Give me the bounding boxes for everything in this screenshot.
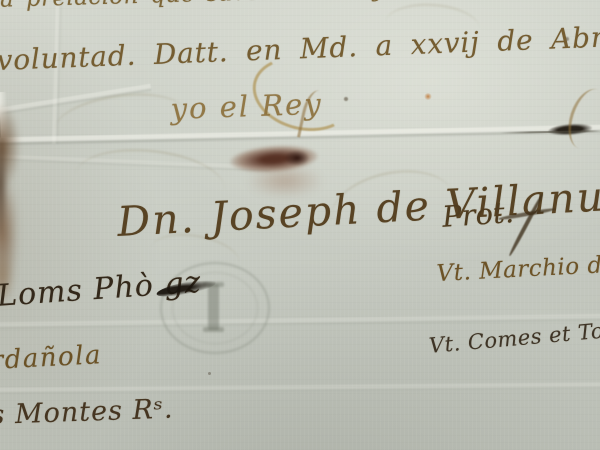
royal-rubric-flourish	[297, 88, 332, 142]
paper-edge-sliver	[0, 92, 9, 138]
ink-speck	[565, 37, 569, 41]
left-edge-stain	[0, 252, 14, 306]
left-councillor-signature: Loms Phò gz	[0, 265, 202, 314]
secretary-signature: Dn. Joseph de Villanua	[116, 171, 600, 246]
left-signature-rubric	[155, 277, 216, 298]
ink-bleedthrough-stroke	[52, 86, 188, 154]
fold-crease-upper-left	[0, 154, 270, 172]
secretary-title-abbreviation: Prot.	[441, 195, 515, 234]
manuscript-body-line-1: la prelacion que saveis. En cuya conform…	[0, 0, 600, 13]
ink-bleedthrough-stroke	[384, 1, 482, 52]
ink-speck	[344, 97, 348, 101]
vidit-marchio-notation: Vt. Marchio de	[436, 252, 600, 287]
ink-blot	[229, 143, 319, 175]
ink-bleedthrough-stroke	[72, 142, 228, 221]
left-vidit-partial-serdanola: rdañola	[0, 340, 103, 376]
ink-bleedthrough-stroke	[324, 160, 461, 256]
ink-blot-halo	[246, 164, 324, 198]
fold-crease-lower	[0, 382, 600, 394]
ink-dash-mark	[548, 122, 593, 136]
manuscript-photo: la prelacion que saveis. En cuya conform…	[0, 0, 600, 450]
fold-crease-vertical	[52, 0, 63, 144]
seal-inner-ring	[172, 272, 258, 344]
fold-crease-topleft-diagonal	[0, 84, 152, 118]
secretary-rubric-stroke	[498, 207, 556, 221]
date-descender-flourish	[561, 84, 600, 154]
royal-signature-yo-el-rey: yo el Rey	[170, 87, 323, 126]
left-vidit-montes-regens: s Montes Rˢ.	[0, 394, 174, 431]
fold-crease-upper	[0, 125, 600, 147]
embossed-seal-watermark	[160, 262, 270, 354]
seal-center-mark	[208, 284, 219, 330]
left-edge-stain	[0, 104, 20, 190]
manuscript-body-line-2-dateline: voluntad. Datt. en Md. a xxvij de Abril …	[0, 20, 600, 77]
ink-speck	[208, 372, 211, 375]
secretary-rubric-stroke	[508, 193, 544, 257]
ink-blot-core	[284, 150, 310, 166]
vidit-comes-notation: Vt. Comes et To	[428, 319, 600, 358]
descender-flourish-loop	[245, 47, 361, 142]
orange-speck	[424, 93, 432, 100]
ink-bleedthrough-stroke	[147, 228, 243, 285]
left-edge-stain	[0, 172, 18, 294]
fold-crease-middle	[0, 314, 600, 331]
left-edge-stain-core	[0, 130, 8, 240]
crease-pencil-line	[500, 130, 600, 134]
